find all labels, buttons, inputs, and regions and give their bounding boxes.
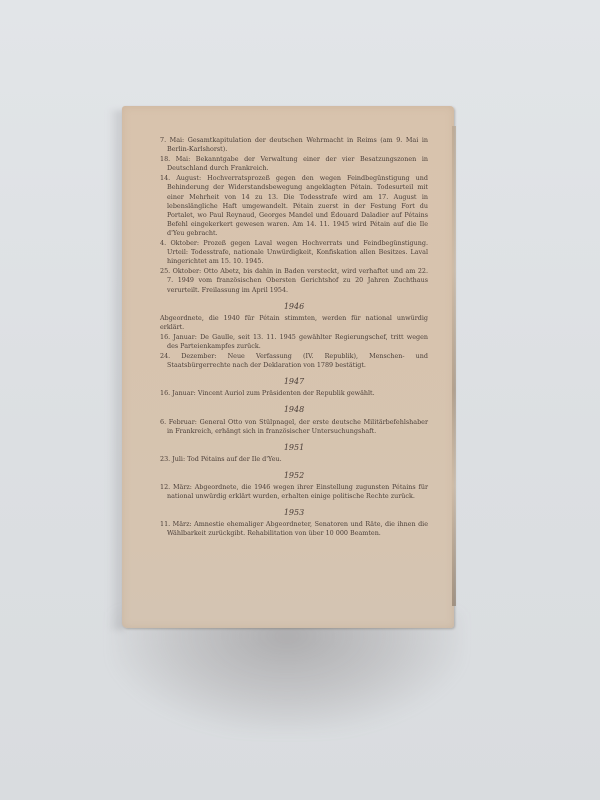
entry-1948-6-februar: 6. Februar: General Otto von Stülpnagel,… (160, 418, 428, 436)
entry-4-oktober: 4. Oktober: Prozeß gegen Laval wegen Hoc… (160, 239, 428, 266)
year-heading-1951: 1951 (160, 443, 428, 452)
chronology-text: 7. Mai: Gesamtkapitulation der deutschen… (160, 136, 428, 539)
year-heading-1946: 1946 (160, 302, 428, 311)
entry-1952-12-maerz: 12. März: Abgeordnete, die 1946 wegen ih… (160, 483, 428, 501)
year-heading-1952: 1952 (160, 471, 428, 480)
entry-1946-24-dezember: 24. Dezember: Neue Verfassung (IV. Repub… (160, 352, 428, 370)
entry-18-mai: 18. Mai: Bekanntgabe der Verwaltung eine… (160, 155, 428, 173)
book-back-page: 7. Mai: Gesamtkapitulation der deutschen… (122, 106, 454, 628)
year-heading-1953: 1953 (160, 508, 428, 517)
entry-1951-23-juli: 23. Juli: Tod Pétains auf der Ile d'Yeu. (160, 455, 428, 464)
entry-25-oktober: 25. Oktober: Otto Abetz, bis dahin in Ba… (160, 267, 428, 294)
entry-14-august: 14. August: Hochverratsprozeß gegen den … (160, 174, 428, 238)
entry-1946-abgeordnete: Abgeordnete, die 1940 für Pétain stimmte… (160, 314, 428, 332)
year-heading-1947: 1947 (160, 377, 428, 386)
book-shadow (112, 612, 462, 732)
year-heading-1948: 1948 (160, 405, 428, 414)
entry-7-mai: 7. Mai: Gesamtkapitulation der deutschen… (160, 136, 428, 154)
entry-1953-11-maerz: 11. März: Amnestie ehemaliger Abgeordnet… (160, 520, 428, 538)
entry-1947-16-januar: 16. Januar: Vincent Auriol zum Präsident… (160, 389, 428, 398)
entry-1946-16-januar: 16. Januar: De Gaulle, seit 13. 11. 1945… (160, 333, 428, 351)
